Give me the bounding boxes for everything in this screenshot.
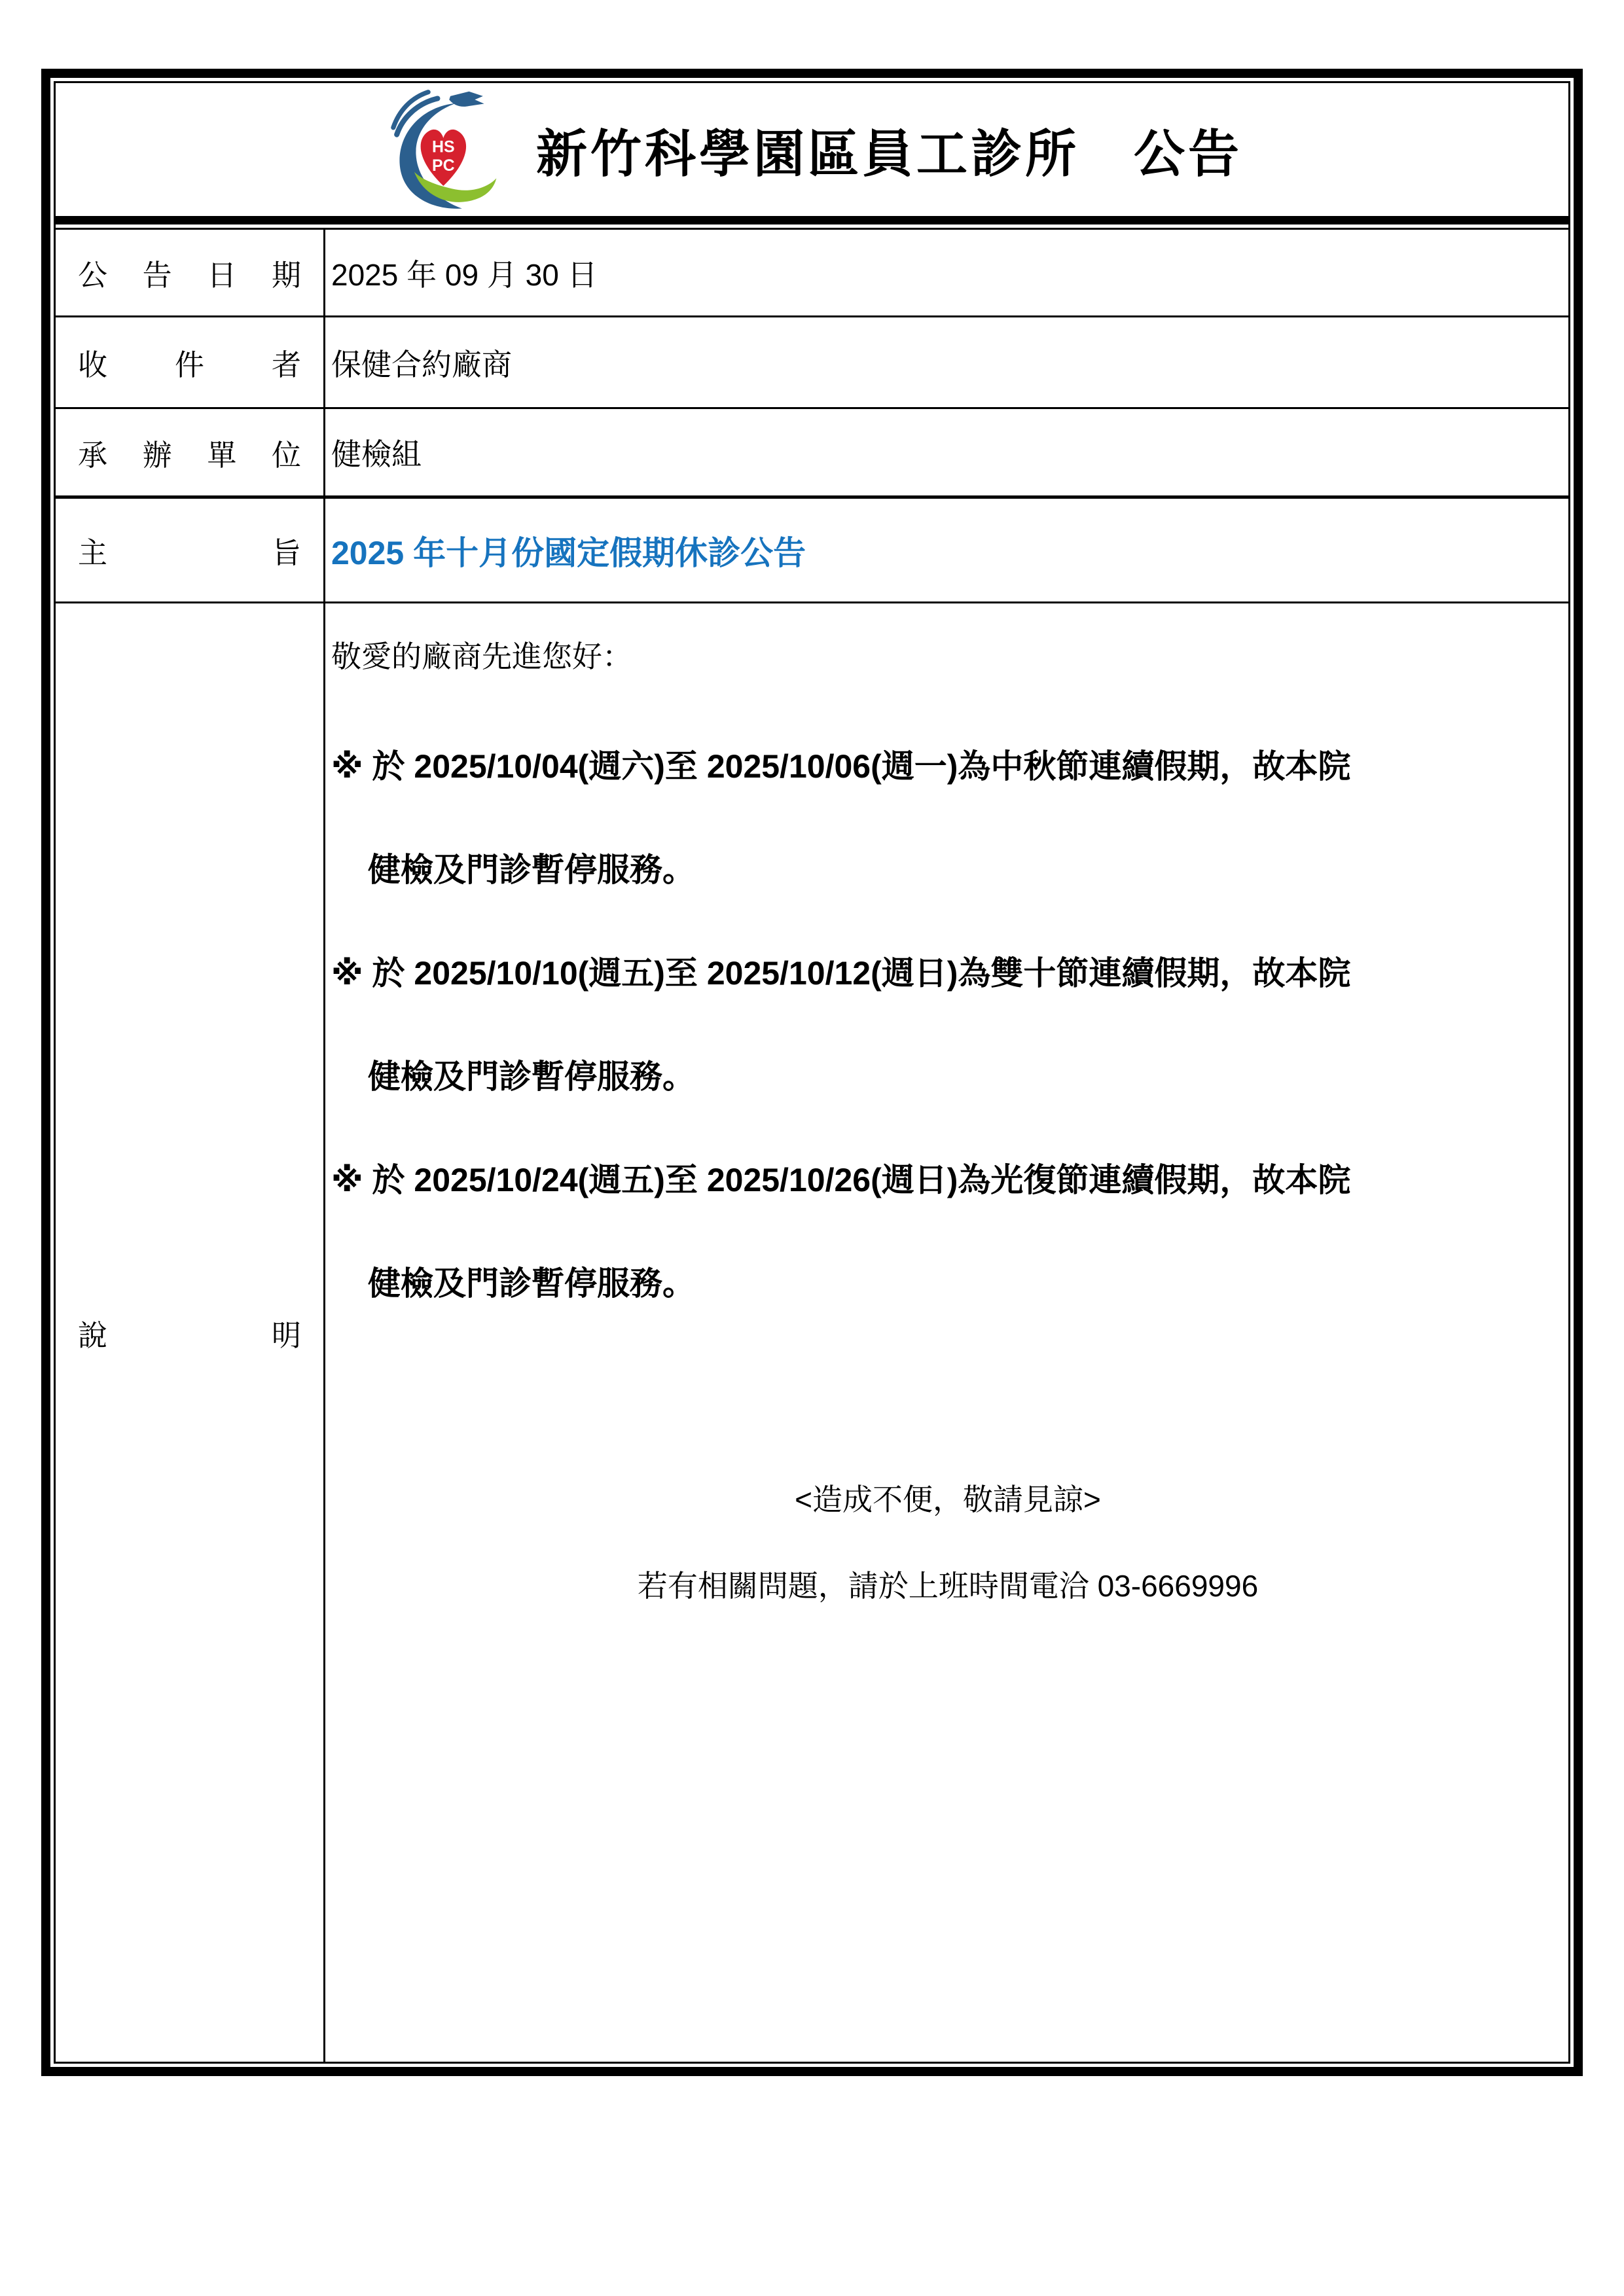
date-label: 公告日期 <box>56 230 325 315</box>
clinic-logo-icon: HS PC <box>382 84 498 213</box>
document-outer-border: HS PC 新竹科學園區員工診所 公告 公告日期 2025 年 09 月 30 … <box>41 69 1583 2076</box>
table-row-recipient: 收件者 保健合約廠商 <box>56 317 1568 409</box>
document-header: HS PC 新竹科學園區員工診所 公告 <box>56 83 1568 224</box>
table-row-date: 公告日期 2025 年 09 月 30 日 <box>56 230 1568 317</box>
holiday-bullet-1-line2: 健檢及門診暫停服務。 <box>368 844 1564 891</box>
document-inner-border: HS PC 新竹科學園區員工診所 公告 公告日期 2025 年 09 月 30 … <box>54 81 1570 2064</box>
greeting-text: 敬愛的廠商先進您好： <box>331 633 1564 676</box>
table-row-department: 承辦單位 健檢組 <box>56 409 1568 499</box>
subject-value: 2025 年十月份國定假期休診公告 <box>325 499 1568 601</box>
department-value: 健檢組 <box>325 409 1568 495</box>
date-value: 2025 年 09 月 30 日 <box>325 230 1568 315</box>
description-label: 說明 <box>56 603 325 2062</box>
holiday-bullet-3-line2: 健檢及門診暫停服務。 <box>368 1257 1564 1304</box>
announcement-page: { "header": { "title": "新竹科學園區員工診所 公告", … <box>0 0 1624 2296</box>
logo-text-top: HS <box>432 137 455 156</box>
holiday-bullet-1-line1: ※ 於 2025/10/04(週六)至 2025/10/06(週一)為中秋節連續… <box>331 740 1564 787</box>
holiday-bullet-2-line2: 健檢及門診暫停服務。 <box>368 1050 1564 1098</box>
table-row-subject: 主旨 2025 年十月份國定假期休診公告 <box>56 499 1568 603</box>
description-content: 敬愛的廠商先進您好： ※ 於 2025/10/04(週六)至 2025/10/0… <box>325 603 1568 2062</box>
contact-text: 若有相關問題，請於上班時間電洽 03-6669996 <box>331 1562 1564 1605</box>
apology-text: <造成不便，敬請見諒> <box>331 1476 1564 1519</box>
recipient-value: 保健合約廠商 <box>325 317 1568 407</box>
holiday-bullet-2-line1: ※ 於 2025/10/10(週五)至 2025/10/12(週日)為雙十節連續… <box>331 947 1564 994</box>
page-title: 新竹科學園區員工診所 公告 <box>536 113 1242 187</box>
table-row-description: 說明 敬愛的廠商先進您好： ※ 於 2025/10/04(週六)至 2025/1… <box>56 603 1568 2062</box>
logo-text-bottom: PC <box>432 156 455 174</box>
recipient-label: 收件者 <box>56 317 325 407</box>
holiday-bullet-3-line1: ※ 於 2025/10/24(週五)至 2025/10/26(週日)為光復節連續… <box>331 1154 1564 1201</box>
logo-dragon-head <box>449 91 484 106</box>
department-label: 承辦單位 <box>56 409 325 495</box>
subject-label: 主旨 <box>56 499 325 601</box>
announcement-table: 公告日期 2025 年 09 月 30 日 收件者 保健合約廠商 承辦單位 健檢… <box>56 228 1568 2062</box>
